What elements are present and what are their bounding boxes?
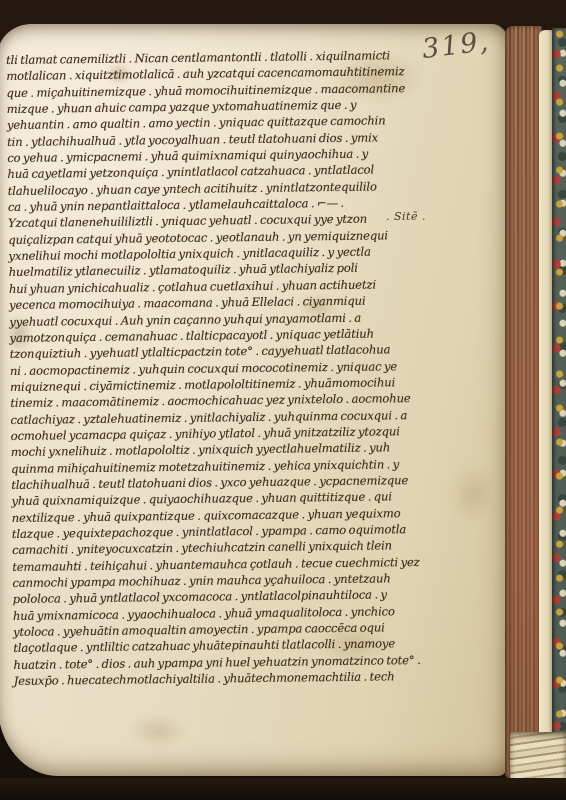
book-fore-edge — [505, 26, 542, 778]
paper-stain — [128, 714, 188, 748]
manuscript-page: 319, tli tlamat canemiliztli . Nican cen… — [0, 24, 508, 776]
text-block: tli tlamat canemiliztli . Nican centlama… — [6, 46, 500, 689]
margin-note: . Sitē . — [386, 210, 426, 223]
binding-shadow — [0, 778, 566, 800]
manuscript-photo: 319, tli tlamat canemiliztli . Nican cen… — [0, 0, 566, 800]
marbled-endpaper — [552, 28, 566, 768]
